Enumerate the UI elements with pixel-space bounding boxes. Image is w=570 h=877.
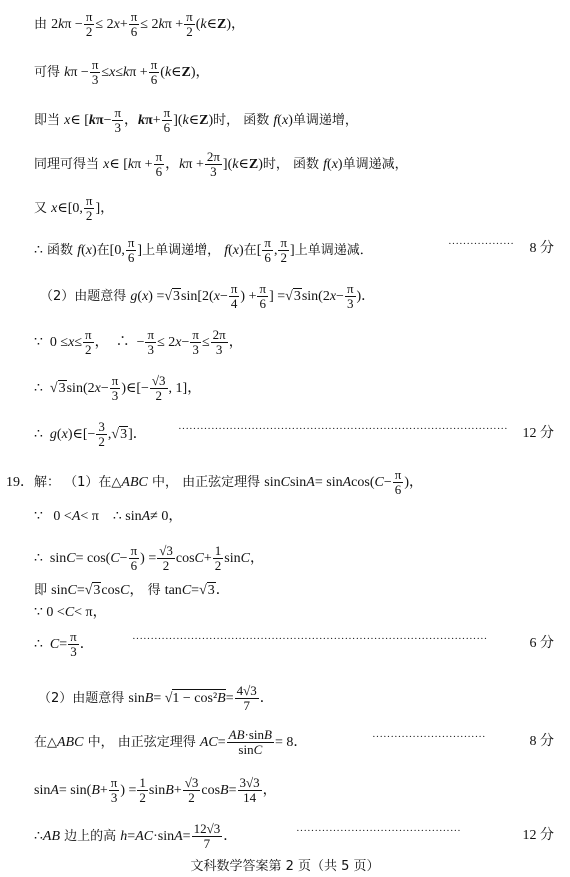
equation-line: ∴ √3sin(2x − π3)∈[− √32, 1]， <box>34 374 201 403</box>
equation-line: ∴ g(x)∈[− 32, √3]． <box>34 420 147 449</box>
score-label: 12 分 <box>523 824 555 844</box>
equation-line: （2）由题意得 g(x) = √3sin[2(x − π4) + π6] = √… <box>40 282 375 311</box>
score-leader: ········································… <box>296 825 461 837</box>
equation-line: sinA = sin(B + π3) = 12sinB + √32cosB = … <box>34 776 277 805</box>
equation-line: 同理可得当 x∈ [kπ + π6， kπ + 2π3 ](k∈Z)时， 函数 … <box>34 150 408 179</box>
score-leader: ······························· <box>372 731 486 743</box>
equation-line: 即 sinC = √3cosC， 得 tanC = √3． <box>34 582 230 600</box>
score-leader: ········································… <box>132 633 487 645</box>
score-label: 6 分 <box>530 632 555 652</box>
equation-line: 即当 x∈ [kπ − π3， kπ + π6 ](k∈Z)时， 函数 f(x)… <box>34 106 358 135</box>
score-label: 12 分 <box>523 422 555 442</box>
equation-line: ∴ C = π3． <box>34 630 94 659</box>
equation-line: ∴ 函数 f(x)在[0, π6]上单调递增， f(x)在[π6, π2]上单调… <box>34 236 373 265</box>
score-label: 8 分 <box>530 730 555 750</box>
equation-line: ∵ 0 < A < π ∴ sinA ≠ 0， <box>34 508 182 526</box>
question-number: 19． <box>6 474 34 492</box>
equation-line: 在△ABC 中， 由正弦定理得 AC = AB·sinBsinC = 8． <box>34 728 307 757</box>
equation-line: 又 x∈[0, π2]， <box>34 194 114 223</box>
equation-line: （2）由题意得 sinB = √1 − cos²B = 4√37． <box>38 684 274 713</box>
equation-line: ∴ sinC = cos(C − π6) = √32cosC + 12sinC， <box>34 544 264 573</box>
equation-line: ∴ AB 边上的高 h = AC·sinA = 12√37． <box>34 822 237 851</box>
score-leader: ·················· <box>448 238 514 250</box>
equation-line: 由 2kπ − π2 ≤ 2x + π6 ≤ 2kπ + π2 (k∈Z)， <box>34 10 245 39</box>
equation-line: 可得 kπ − π3 ≤ x ≤ kπ + π6 (k∈Z)， <box>34 58 210 87</box>
equation-line: ∵ 0 < C < π， <box>34 604 107 622</box>
page-footer: 文科数学答案第 2 页（共 5 页） <box>0 855 570 874</box>
score-label: 8 分 <box>530 237 555 257</box>
equation-line: ∵ 0 ≤ x ≤ π2， ∴ − π3 ≤ 2x − π3 ≤ 2π3， <box>34 328 243 357</box>
score-leader: ········································… <box>178 423 508 435</box>
question-19-line: 19． 解： （1）在△ABC 中， 由正弦定理得 sinCsinA = sin… <box>6 468 423 497</box>
